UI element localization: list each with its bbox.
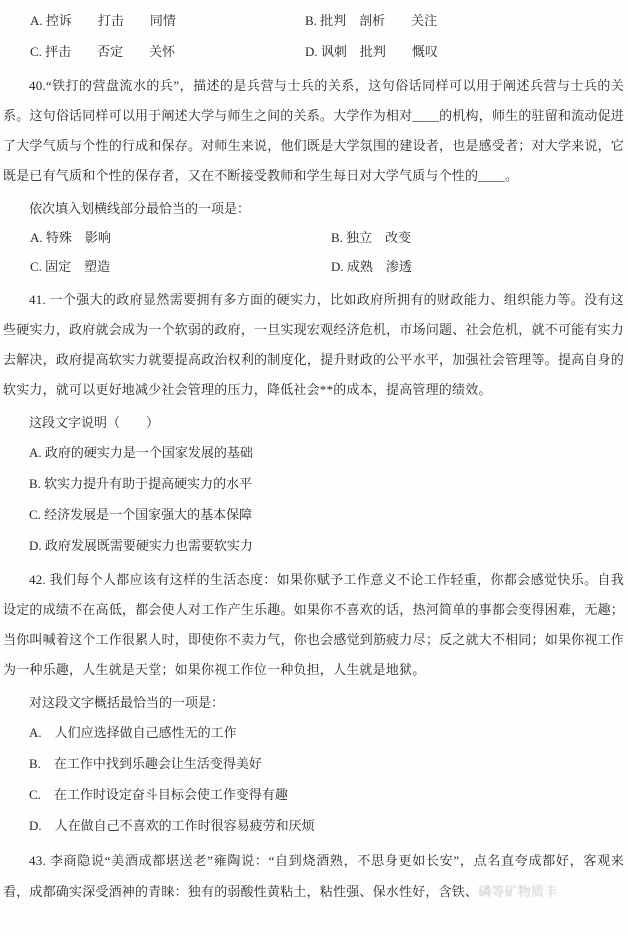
q42-options-block: A. 人们应选择做自己感性无的工作 B. 在工作中找到乐趣会让生活变得美好 C.… bbox=[3, 717, 624, 841]
option-40-a: A. 特殊 影响 bbox=[3, 223, 331, 252]
q40-options-row1: A. 特殊 影响 B. 独立 改变 bbox=[3, 223, 624, 252]
q40-prompt: 依次填入划横线部分最恰当的一项是： bbox=[3, 195, 624, 223]
option-40-b: B. 独立 改变 bbox=[331, 223, 624, 252]
q42-passage: 42. 我们每个人都应该有这样的生活态度：如果你赋予工作意义不论工作轻重，你都会… bbox=[3, 565, 624, 685]
option-41-a: A. 政府的硬实力是一个国家发展的基础 bbox=[3, 437, 624, 468]
option-39-b: B. 批判 剖析 关注 bbox=[305, 5, 624, 36]
q42-prompt: 对这段文字概括最恰当的一项是： bbox=[3, 689, 624, 717]
q43-faded-text: 磷等矿物质丰 bbox=[478, 884, 557, 899]
option-40-d: D. 成熟 渗透 bbox=[331, 252, 624, 281]
q41-passage: 41. 一个强大的政府显然需要拥有多方面的硬实力，比如政府所拥有的财政能力、组织… bbox=[3, 285, 624, 405]
q40-passage: 40.“铁打的营盘流水的兵”，描述的是兵营与士兵的关系，这句俗话同样可以用于阐述… bbox=[3, 71, 624, 191]
q40-options-row2: C. 固定 塑造 D. 成熟 渗透 bbox=[3, 252, 624, 281]
option-39-d: D. 讽刺 批判 慨叹 bbox=[305, 36, 624, 67]
option-39-a: A. 控诉 打击 同情 bbox=[3, 5, 305, 36]
q39-options-block: A. 控诉 打击 同情 B. 批判 剖析 关注 C. 抨击 否定 关怀 D. 讽… bbox=[3, 5, 624, 67]
q40-options-block: A. 特殊 影响 B. 独立 改变 C. 固定 塑造 D. 成熟 渗透 bbox=[3, 223, 624, 281]
q41-prompt: 这段文字说明（ ） bbox=[3, 409, 624, 437]
option-42-d: D. 人在做自己不喜欢的工作时很容易疲劳和厌烦 bbox=[3, 810, 624, 841]
q41-options-block: A. 政府的硬实力是一个国家发展的基础 B. 软实力提升有助于提高硬实力的水平 … bbox=[3, 437, 624, 561]
option-41-b: B. 软实力提升有助于提高硬实力的水平 bbox=[3, 468, 624, 499]
q43-passage: 43. 李商隐说“美酒成都堪送老”雍陶说：“自到烧酒熟，不思身更如长安”，点名直… bbox=[3, 845, 624, 907]
option-42-c: C. 在工作时设定奋斗目标会使工作变得有趣 bbox=[3, 779, 624, 810]
option-39-c: C. 抨击 否定 关怀 bbox=[3, 36, 305, 67]
option-42-a: A. 人们应选择做自己感性无的工作 bbox=[3, 717, 624, 748]
q39-options-row2: C. 抨击 否定 关怀 D. 讽刺 批判 慨叹 bbox=[3, 36, 624, 67]
option-42-b: B. 在工作中找到乐趣会让生活变得美好 bbox=[3, 748, 624, 779]
exam-page: A. 控诉 打击 同情 B. 批判 剖析 关注 C. 抨击 否定 关怀 D. 讽… bbox=[0, 0, 628, 936]
q39-options-row1: A. 控诉 打击 同情 B. 批判 剖析 关注 bbox=[3, 5, 624, 36]
option-41-c: C. 经济发展是一个国家强大的基本保障 bbox=[3, 499, 624, 530]
option-41-d: D. 政府发展既需要硬实力也需要软实力 bbox=[3, 530, 624, 561]
option-40-c: C. 固定 塑造 bbox=[3, 252, 331, 281]
